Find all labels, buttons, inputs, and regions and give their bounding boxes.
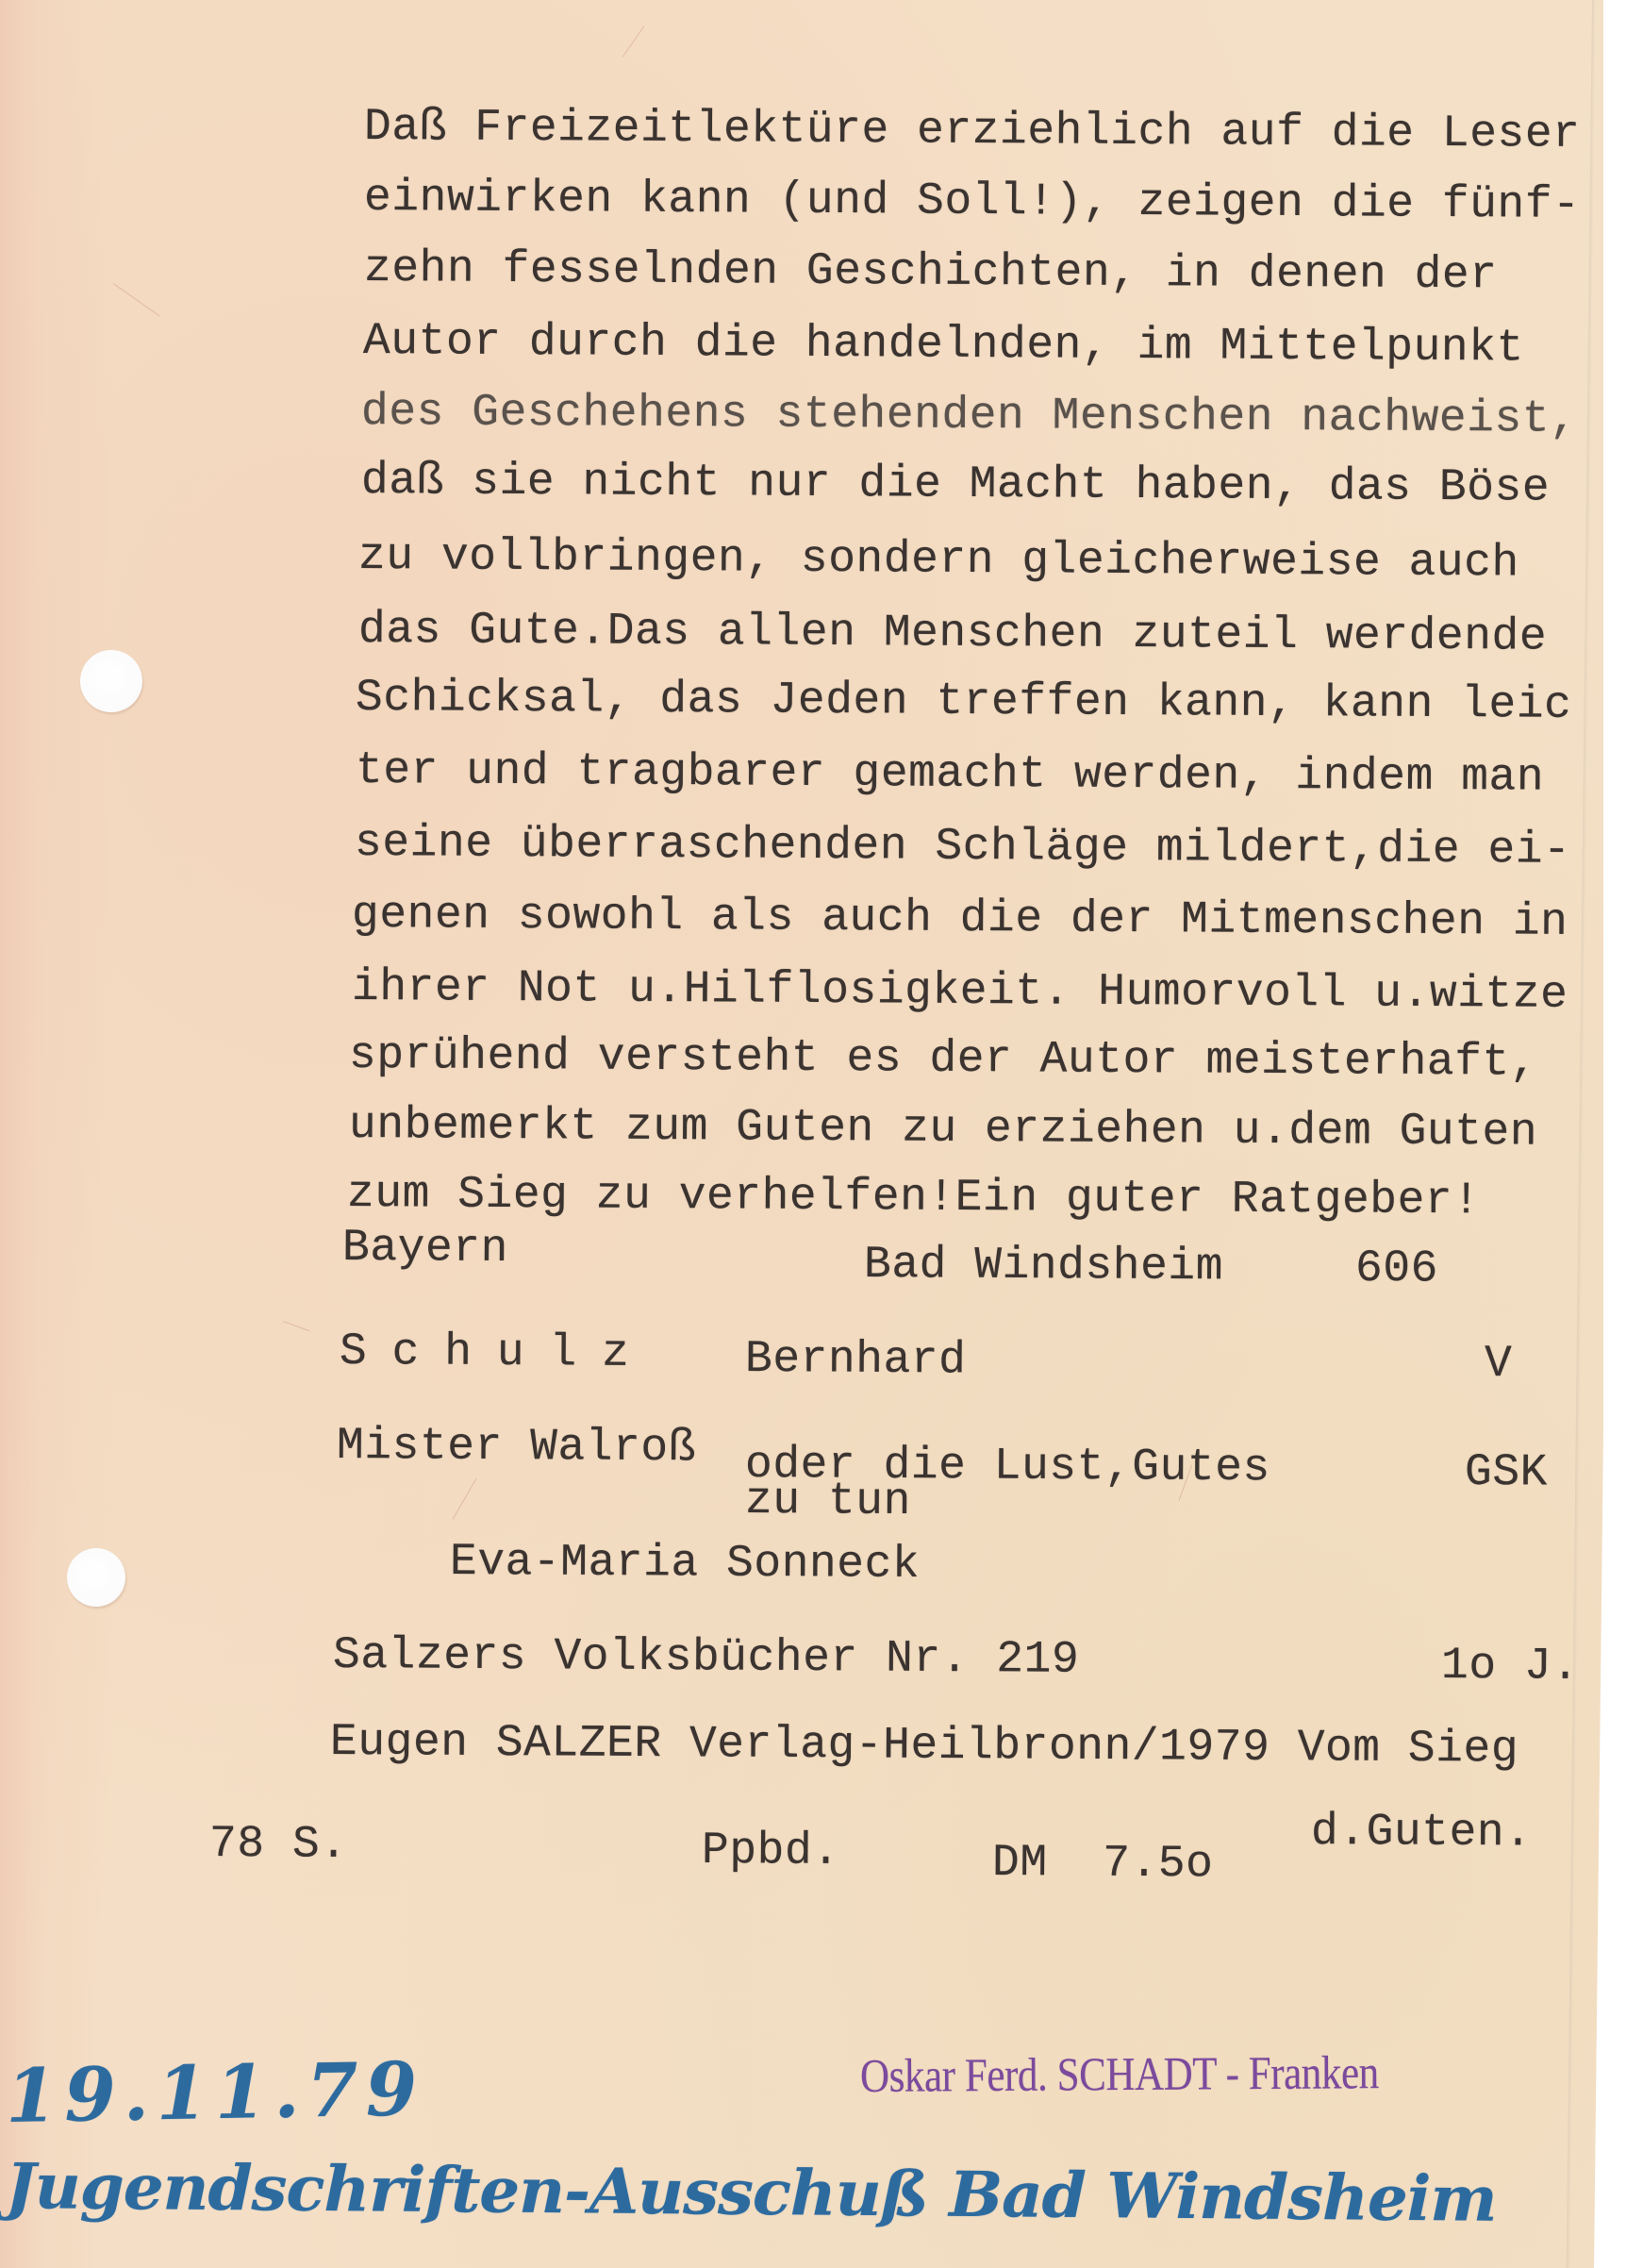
review-line: genen sowohl als auch die der Mitmensche… bbox=[352, 889, 1568, 949]
review-line: des Geschehens stehenden Menschen nachwe… bbox=[361, 386, 1578, 446]
review-line: Schicksal, das Jeden treffen kann, kann … bbox=[356, 672, 1572, 732]
author-surname: S c h u l z bbox=[340, 1326, 628, 1380]
review-line: seine überraschenden Schläge mildert,die… bbox=[355, 817, 1571, 877]
punch-hole-top bbox=[80, 650, 142, 712]
category-code: V bbox=[1485, 1338, 1513, 1391]
binding: Ppbd. bbox=[702, 1825, 840, 1878]
review-line: Daß Freizeitlektüre erziehlich auf die L… bbox=[364, 101, 1581, 161]
handwritten-date: 19.11.79 bbox=[5, 2047, 424, 2140]
review-line: sprühend versteht es der Autor meisterha… bbox=[349, 1029, 1537, 1090]
reviewer-stamp: Oskar Ferd. SCHADT - Franken bbox=[860, 2045, 1379, 2102]
genre-code: GSK bbox=[1465, 1446, 1548, 1500]
review-line: Autor durch die handelnden, im Mittelpun… bbox=[363, 315, 1524, 375]
handwritten-committee: Jugendschriften-Ausschuß Bad Windsheim bbox=[6, 2143, 1497, 2242]
review-line: ter und tragbarer gemacht werden, indem … bbox=[356, 744, 1544, 805]
town: Bad Windsheim bbox=[864, 1239, 1223, 1293]
code-number: 606 bbox=[1355, 1242, 1438, 1296]
author-given-name: Bernhard bbox=[745, 1333, 967, 1387]
review-line: zum Sieg zu verhelfen!Ein guter Ratgeber… bbox=[347, 1168, 1481, 1227]
review-line: zehn fesselnden Geschichten, in denen de… bbox=[364, 242, 1498, 302]
review-line: unbemerkt zum Guten zu erziehen u.dem Gu… bbox=[349, 1099, 1537, 1159]
illustrator: Eva-Maria Sonneck bbox=[450, 1536, 921, 1592]
title-subtitle-line2: zu tun bbox=[745, 1475, 911, 1528]
title-main: Mister Walroß bbox=[337, 1420, 696, 1475]
review-line: ihrer Not u.Hilflosigkeit. Humorvoll u.w… bbox=[352, 961, 1568, 1022]
price: DM 7.5o bbox=[992, 1837, 1214, 1891]
age-recommendation: 1o J. bbox=[1441, 1640, 1580, 1693]
punch-hole-bottom bbox=[67, 1548, 125, 1607]
page-count: 78 S. bbox=[209, 1818, 348, 1872]
review-line: das Gute.Das allen Menschen zuteil werde… bbox=[358, 604, 1547, 664]
review-line: daß sie nicht nur die Macht haben, das B… bbox=[361, 455, 1550, 515]
series: Salzers Volksbücher Nr. 219 bbox=[333, 1629, 1080, 1687]
publisher: Eugen SALZER Verlag-Heilbronn/1979 Vom S… bbox=[330, 1716, 1519, 1776]
region: Bayern bbox=[342, 1222, 508, 1276]
note-continuation: d.Guten. bbox=[1311, 1806, 1533, 1859]
review-line: einwirken kann (und Soll!), zeigen die f… bbox=[364, 172, 1581, 232]
review-line: zu vollbringen, sondern gleicherweise au… bbox=[358, 530, 1519, 591]
